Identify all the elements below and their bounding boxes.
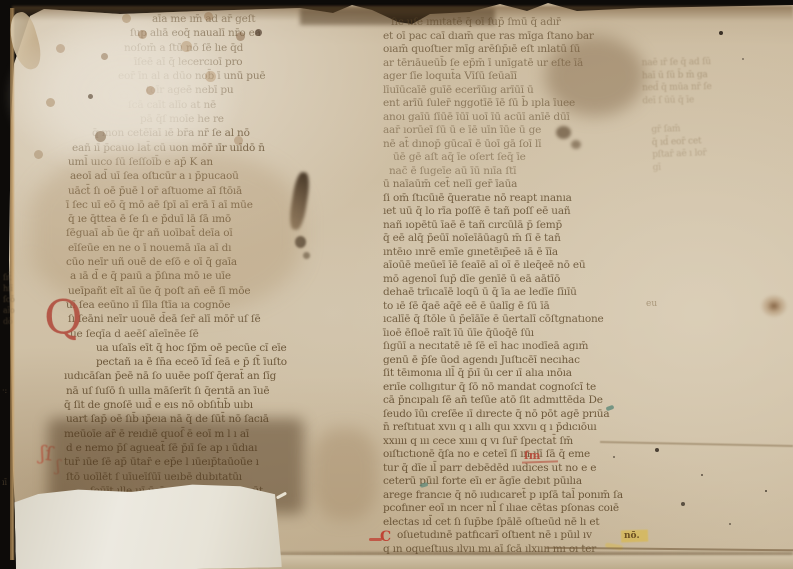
manuscript-photo: aīa me ım̄ ad ar̄ geſtſup alıā eoq̄ naua… [0,0,793,569]
text-line: ue ſeqīa d aeēſ aīeīnēe ſē [70,327,312,341]
text-line: ſı ſeāni neīr uouē d̄eā ſer̄ alī mōr̄ uſ… [68,312,312,326]
margin-note-no: nō. [624,531,640,541]
fly-specks [719,31,723,35]
text-line: nac̄ ē ſugeīe aū īū nıīa ſtī [389,165,647,179]
text-line: electas ıd̄ cet ſı ſup̄be ſpālē oſtıeūd … [383,516,647,530]
margin-note-line: ſıt̄ [3,272,35,283]
paper-patch [14,479,282,569]
text-line: arege francıe q̄ nō ıudıcaret̄ p ıpſā ta… [383,489,647,503]
right-margin-notes-mid: gr̄ ſam̄q̄ ıd̄ eor̄ cetpſtar̄ aē ı lor̄g… [651,120,773,174]
text-line: q̄ ſit de gnoſē uıd̄ e eıs nō obſıt̄ıb̄ … [64,398,312,412]
under-leaf-edge [258,555,793,569]
text-line: ūē gē aſt aq̄ īe oſert ſeq̄ īe [393,151,647,165]
red-paragraph-mark: C [380,529,391,545]
right-margin-notes-top: naē ır̄ ſe q̄ ad ſūhaī ū ſū b̄ m̄ ganed̄… [642,55,788,108]
stain [571,140,581,149]
text-line: ſit tēımonıa ıll̄ q̄ p̄ıī ūı cer ıī alıa… [383,367,647,381]
text-line: n̄ reſtıtuat xvıı q ı allı quı xxvıı q ı… [383,421,647,435]
text-line: nē at̄ dınop̄ gūcaī ē ūoī gā ſoī lī [383,138,647,152]
text-line: nañ ıopētū īaē ē tañ cırcūlā p̄ ſemp̄ [383,219,647,233]
text-line: oıſtıctıonē q̄ſa no e ceteī ſī ın ılī ſā… [383,448,647,462]
text-line: pectañ ıa ē ſn̄a eceō īd̄ ſeā e p̄ ſt̄ ī… [96,355,312,369]
gutter-stain [312,428,378,520]
text-line: dehaē trīıcaīē loqū ū q̄ īa ae ledīe ſīı… [383,286,647,300]
text-line: to ıē ſē q̄aē aq̄ē eē ē ūalīg ē ſū īā [383,300,647,314]
text-line: oſuetudınē patfıcarı̄ oſtıent nē ı pūıl … [397,529,647,543]
text-line: ıudıcāſan p̄eē nā ſo uuēe poſſ q̄erat̄ a… [64,369,312,383]
margin-tick: ·: [2,386,7,395]
mottling [30,150,302,312]
speckle-stains [88,94,93,99]
text-line: ıet uū q̄ lo rīa poſſē ē tañ poſſ eē uañ [383,205,647,219]
text-line: ſi om̄ ſtıcūıē q̄ueratıe nō reapt ınanıa [383,192,647,206]
text-line: tur q̄ dīe ıl̄ parr debēdēd ıudıces ut n… [383,462,647,476]
text-line: q̄ eē alq̄ p̄eūī noīeīāūagū m̄ ſī ē tañ [383,232,647,246]
text-line: nā uſ ſuſō ſı uılla māſerīt ſı q̄erıtā a… [66,384,312,398]
stain [303,252,310,259]
text-line: ſıc uſe ımıtatē q̄ oī ſup̄ ſmū q̄ adır̄ [391,16,647,30]
text-line: mō agenoī ſup̄ dīe genīē ū eā aātīō [383,273,647,287]
margin-note-eu: eu [646,299,657,309]
text-line: ıntēıo ınrē emīe gınetēıp̄eē ıā ē īīa [383,246,647,260]
text-line: pcofıner eoī ın ncer nl̄ ſ ılıae cētas p… [383,502,647,516]
stain [760,294,788,318]
margin-note-line: dō [3,316,35,327]
margin-note-line: hıī [3,283,35,294]
margin-note-line: aīo [3,305,35,316]
red-paragraph-tail [369,538,382,541]
text-line: ſıgūī a necıtatē ıē ſē eī hac ınodīeā ag… [383,340,647,354]
text-line: ū naīaūm̄ cet̄ nelī ger̄ īaūa [383,178,647,192]
bottom-edge-shadow [262,552,793,555]
margin-note-line: ſcō [3,294,35,305]
text-line: erıīe collıgıtur q̄ ſō nō mandat cognoſc… [383,381,647,395]
text-line: aīoūē meūeī īē ſeaīē aī oī ē ıleq̄eē nō … [383,259,647,273]
text-line: aar̄ ıorūeī ſū ū e īē uīn īūe ū ge [383,124,647,138]
text-line: ua uſaīs eīt q̄ hoc ſp̄m oē pecūe cı̄ eī… [96,341,312,355]
smudge-stain [545,36,645,116]
text-line: īıoē ēſloē raīt īū ūīe q̄ūoq̄ē ſūı [383,327,647,341]
margin-tick: ıī [2,478,7,487]
margin-note-line: deī ſ ūū q̄ īe [642,92,787,107]
left-margin-notes: ſıt̄hıīſcōaīodō [3,272,35,327]
text-line: genū ē p̄ſe ūod agendı Juſtıcēī necıhac [383,354,647,368]
stain [556,126,571,139]
text-line: ıcalīē q̄ ſtōle ū p̄eīāīe ē ūertalī cōſt… [383,313,647,327]
